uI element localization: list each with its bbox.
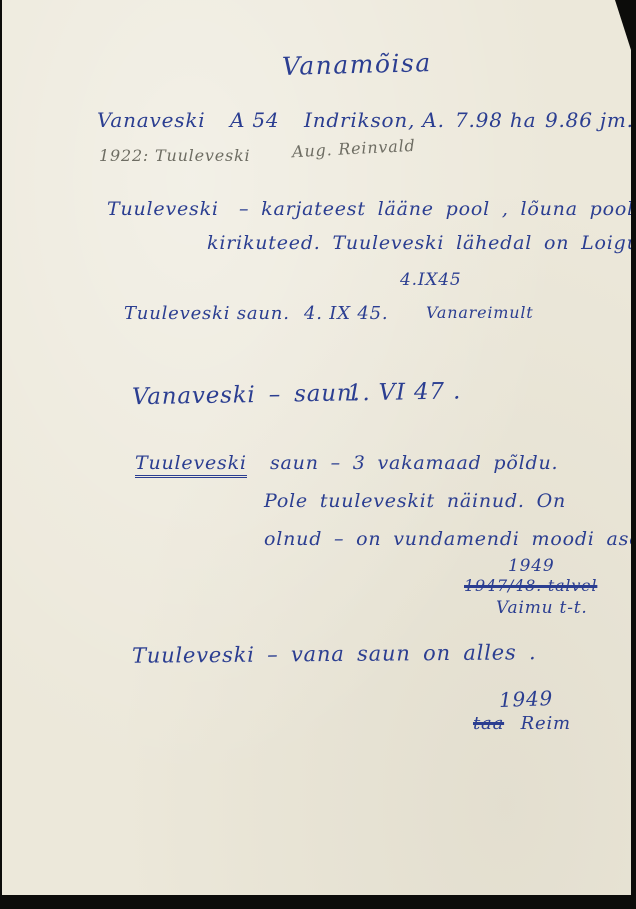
informant-name: Vaimu t-t. [496,598,588,618]
informant-name: Vanareimult [426,303,534,322]
scanned-card: Vanamõisa Vanaveski A 54 Indrikson, A. 7… [0,0,636,909]
entry-text: Tuuleveski saun. [124,303,290,324]
entry-sauna-1949-line3: olnud – on vundamendi moodi ase. [264,528,636,550]
pencil-year-note: 1922: Tuuleveski [99,146,250,165]
pencil-annotation: 1922: Tuuleveski Aug. Reinvald [2,146,631,172]
entry-sauna-1949-line2: Pole tuuleveskit näinud. On [264,490,566,512]
entry-date: 1. VI 47 . [347,378,462,406]
entry-tuuleveski-location-line2: kirikuteed. Tuuleveski lähedal on Loigu. [207,232,636,254]
entry-term: Tuuleveski [107,198,219,220]
area-jm: 9.86 jm. [545,108,634,132]
entry-sauna-1945: Tuuleveski saun. 4. IX 45. Vanareimult [2,303,631,329]
pencil-name-note: Aug. Reinvald [292,136,416,161]
struck-date: 1947/48. talvel [464,576,597,595]
farm-record-line: Vanaveski A 54 Indrikson, A. 7.98 ha 9.8… [2,108,631,138]
entry-text: – karjateest lääne pool , lõuna pool [239,198,634,220]
entry-tuuleveski-location-line1: Tuuleveski – karjateest lääne pool , lõu… [2,198,631,224]
signature-line: taa Reim [473,713,571,734]
entry-sauna-1947: Vanaveski – saun. 1. VI 47 . [2,376,631,419]
entry-old-sauna: Tuuleveski – vana saun on alles . [132,640,537,668]
farm-name: Vanaveski [97,108,205,132]
year-note: 1949 [508,556,554,576]
plot-reference: A 54 [230,108,279,132]
struck-word: taa [473,713,504,734]
paper-card: Vanamõisa Vanaveski A 54 Indrikson, A. 7… [2,0,631,895]
entry-date: 4. IX 45. [304,303,388,324]
entry-text: Vanaveski – saun. [132,380,361,410]
informant-name: Reim [521,713,571,734]
page-title: Vanamõisa [282,48,432,81]
entry-term-underlined: Tuuleveski [135,452,247,478]
entry-sauna-1949-line1: Tuuleveski saun – 3 vakamaad põldu. [2,452,631,480]
entry-date: 4.IX45 [400,270,461,290]
owner-name: Indrikson, A. [304,108,445,132]
area-hectares: 7.98 ha [455,108,536,132]
entry-text: saun – 3 vakamaad põldu. [270,452,558,474]
year-note: 1949 [499,686,554,712]
